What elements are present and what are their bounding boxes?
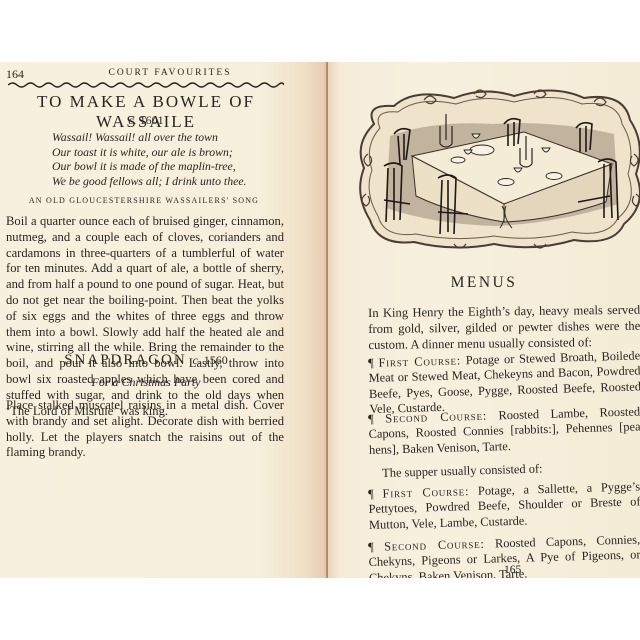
section-title-menus: MENUS	[328, 274, 640, 292]
course-label: Second Course:	[385, 409, 487, 426]
verse-line: Our bowl it is made of the maplin-tree,	[52, 159, 292, 174]
wassail-verse: Wassail! Wassail! all over the town Our …	[52, 130, 292, 188]
wassail-recipe-date: c. 1601	[0, 113, 292, 128]
snapdragon-recipe-body: Place stalked muscatel raisins in a meta…	[6, 398, 284, 461]
running-title: COURT FAVOURITES	[60, 68, 280, 78]
page-number-right: 165	[504, 564, 521, 576]
supper-intro: The supper usually consisted of:	[382, 462, 543, 481]
page-number-left: 164	[6, 67, 24, 82]
verse-line: Our toast it is white, our ale is brown;	[52, 145, 292, 160]
snapdragon-recipe-title: SNAPDRAGON c. 1560	[0, 352, 292, 369]
year: 1560	[204, 353, 228, 367]
snapdragon-subtitle: For a Christmas Party	[0, 375, 292, 390]
pilcrow-icon: ¶	[368, 412, 374, 426]
verse-attribution: AN OLD GLOUCESTERSHIRE WASSAILERS' SONG	[0, 196, 288, 205]
verse-line: We be good fellows all; I drink unto the…	[52, 174, 292, 189]
right-page: MENUS In King Henry the Eighth’s day, he…	[328, 62, 640, 578]
pilcrow-icon: ¶	[368, 356, 374, 370]
dinner-second-course: ¶ Second Course: Roosted Lambe, Roosted …	[368, 404, 640, 458]
left-page: 164 COURT FAVOURITES TO MAKE A BOWLE OF …	[0, 62, 327, 578]
course-label: First Course:	[378, 353, 461, 369]
course-label: First Course:	[382, 484, 469, 500]
snapdragon-date: c. 1560	[192, 353, 227, 367]
pilcrow-icon: ¶	[368, 487, 374, 501]
snapdragon-title-text: SNAPDRAGON	[64, 352, 187, 368]
course-label: Second Course:	[384, 537, 485, 554]
supper-first-course: ¶ First Course: Potage, a Sallette, a Py…	[368, 479, 640, 533]
verse-line: Wassail! Wassail! all over the town	[52, 130, 292, 145]
circa-label: c.	[192, 353, 200, 367]
year: 1601	[140, 113, 164, 127]
open-book: 164 COURT FAVOURITES TO MAKE A BOWLE OF …	[0, 62, 640, 578]
wavy-rule-divider	[8, 81, 284, 89]
menus-intro: In King Henry the Eighth’s day, heavy me…	[368, 303, 640, 354]
running-head: 164 COURT FAVOURITES	[0, 67, 327, 81]
pilcrow-icon: ¶	[368, 540, 374, 554]
circa-label: c.	[128, 113, 136, 127]
dining-table-illustration	[354, 84, 640, 252]
